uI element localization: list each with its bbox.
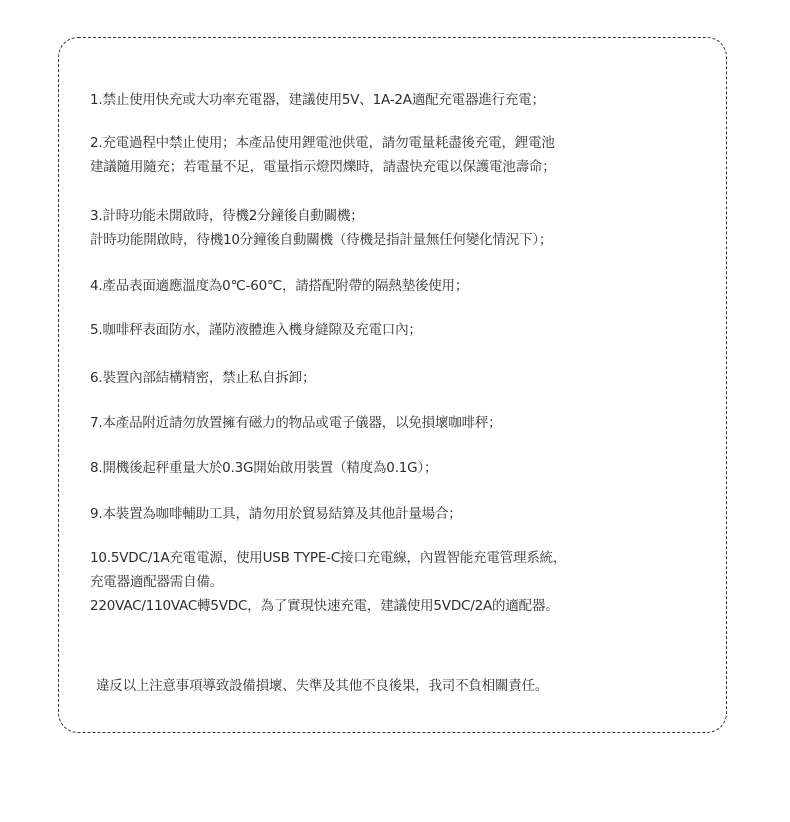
notice-line: 5.咖啡秤表面防水，謹防液體進入機身縫隙及充電口內； <box>90 318 422 342</box>
notice-line: 2.充電過程中禁止使用；本產品使用鋰電池供電，請勿電量耗盡後充電，鋰電池 <box>90 131 556 155</box>
notice-line: 建議隨用隨充；若電量不足，電量指示燈閃爍時，請盡快充電以保護電池壽命； <box>90 155 556 179</box>
notice-line: 1.禁止使用快充或大功率充電器，建議使用5V、1A-2A適配充電器進行充電； <box>90 88 545 112</box>
notice-item-7: 7.本產品附近請勿放置擁有磁力的物品或電子儀器，以免損壞咖啡秤； <box>90 411 501 435</box>
notice-item-6: 6.裝置內部結構精密，禁止私自拆卸； <box>90 366 315 390</box>
notice-item-9: 9.本裝置為咖啡輔助工具，請勿用於貿易結算及其他計量場合； <box>90 502 462 526</box>
notice-line: 220VAC/110VAC轉5VDC，為了實現快速充電，建議使用5VDC/2A的… <box>90 594 566 618</box>
notice-line: 8.開機後起秤重量大於0.3G開始啟用裝置（精度為0.1G）； <box>90 456 437 480</box>
notice-line: 3.計時功能未開啟時，待機2分鐘後自動關機； <box>90 204 552 228</box>
notice-item-8: 8.開機後起秤重量大於0.3G開始啟用裝置（精度為0.1G）； <box>90 456 437 480</box>
notice-line: 9.本裝置為咖啡輔助工具，請勿用於貿易結算及其他計量場合； <box>90 502 462 526</box>
notice-line: 10.5VDC/1A充電電源，使用USB TYPE-C接口充電線，內置智能充電管… <box>90 546 566 570</box>
notice-line: 6.裝置內部結構精密，禁止私自拆卸； <box>90 366 315 390</box>
notice-line: 充電器適配器需自備。 <box>90 570 566 594</box>
notice-item-4: 4.產品表面適應溫度為0℃-60℃，請搭配附帶的隔熱墊後使用； <box>90 274 468 298</box>
notice-item-1: 1.禁止使用快充或大功率充電器，建議使用5V、1A-2A適配充電器進行充電； <box>90 88 545 112</box>
notice-line: 計時功能開啟時，待機10分鐘後自動關機（待機是指計量無任何變化情況下）； <box>90 228 552 252</box>
notice-line: 7.本產品附近請勿放置擁有磁力的物品或電子儀器，以免損壞咖啡秤； <box>90 411 501 435</box>
notice-item-5: 5.咖啡秤表面防水，謹防液體進入機身縫隙及充電口內； <box>90 318 422 342</box>
disclaimer: 違反以上注意事項導致設備損壞、失準及其他不良後果，我司不負相關責任。 <box>96 674 548 698</box>
notice-item-3: 3.計時功能未開啟時，待機2分鐘後自動關機； 計時功能開啟時，待機10分鐘後自動… <box>90 204 552 252</box>
notice-line: 4.產品表面適應溫度為0℃-60℃，請搭配附帶的隔熱墊後使用； <box>90 274 468 298</box>
notice-item-10: 10.5VDC/1A充電電源，使用USB TYPE-C接口充電線，內置智能充電管… <box>90 546 566 618</box>
notice-item-2: 2.充電過程中禁止使用；本產品使用鋰電池供電，請勿電量耗盡後充電，鋰電池 建議隨… <box>90 131 556 179</box>
